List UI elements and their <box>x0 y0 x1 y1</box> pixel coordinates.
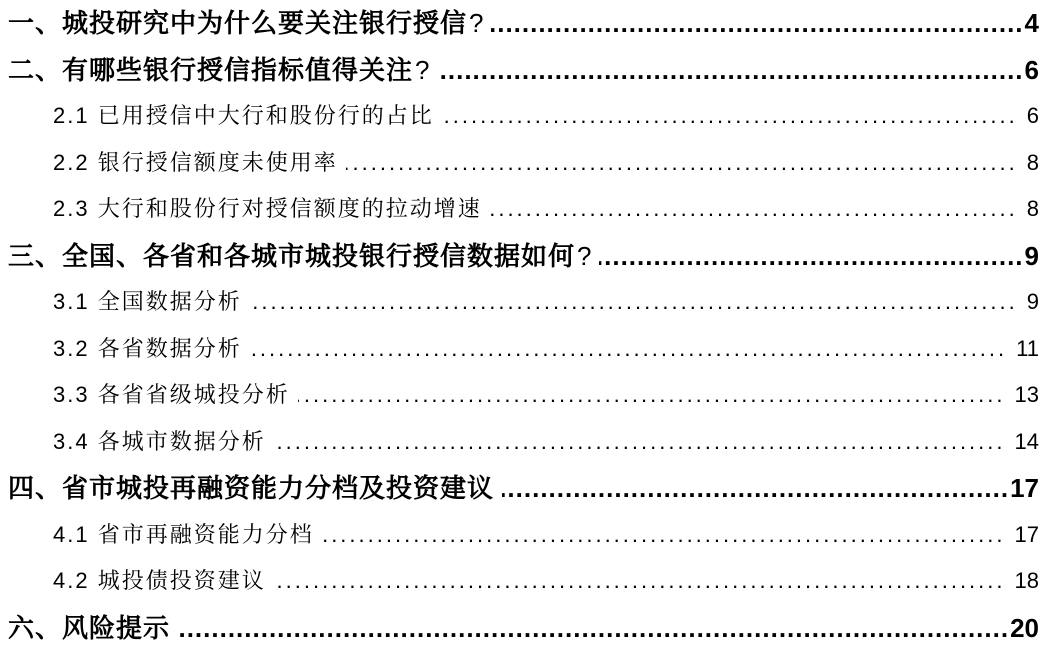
toc-page-number: 11 <box>1016 326 1039 373</box>
toc-dot-leader: ........................................… <box>502 465 1009 512</box>
toc-dot-leader: ........................................… <box>491 0 1023 47</box>
toc-entry-title: 四、省市城投再融资能力分档及投资建议 <box>8 465 494 512</box>
toc-page-number: 13 <box>1015 372 1039 419</box>
toc-page-number: 20 <box>1010 605 1039 652</box>
toc-entry-title: 2.2 银行授信额度未使用率 <box>53 140 338 187</box>
toc-dot-leader: ........................................… <box>298 372 1006 419</box>
toc-dot-leader: ........................................… <box>250 326 1007 373</box>
toc-row-1[interactable]: 一、城投研究中为什么要关注银行授信 ? ....................… <box>8 0 1039 47</box>
toc-row-7[interactable]: 3.1 全国数据分析 .............................… <box>8 279 1039 326</box>
toc-row-8[interactable]: 3.2 各省数据分析 .............................… <box>8 326 1039 373</box>
toc-page-number: 6 <box>1025 47 1039 94</box>
toc-page-number: 9 <box>1025 233 1039 280</box>
toc-row-13[interactable]: 4.2 城投债投资建议 ............................… <box>8 558 1039 605</box>
toc-page-number: 9 <box>1027 279 1039 326</box>
toc-dot-leader: ........................................… <box>250 279 1018 326</box>
toc-dot-leader: ........................................… <box>346 140 1018 187</box>
toc-entry-title: 六、风险提示 <box>8 605 170 652</box>
toc-page-number: 4 <box>1025 0 1039 47</box>
toc-row-9[interactable]: 3.3 各省省级城投分析 ...........................… <box>8 372 1039 419</box>
toc-page-number: 14 <box>1015 419 1039 466</box>
toc-row-11[interactable]: 四、省市城投再融资能力分档及投资建议 .....................… <box>8 465 1039 512</box>
toc-row-12[interactable]: 4.1 省市再融资能力分档 ..........................… <box>8 512 1039 559</box>
toc-row-6[interactable]: 三、全国、各省和各城市城投银行授信数据如何 ? ................… <box>8 233 1039 280</box>
toc-entry-title: 3.3 各省省级城投分析 <box>53 372 290 419</box>
toc-row-5[interactable]: 2.3 大行和股份行对授信额度的拉动增速 ...................… <box>8 186 1039 233</box>
toc-entry-title: 三、全国、各省和各城市城投银行授信数据如何 <box>8 233 575 280</box>
toc-entry-title: 二、有哪些银行授信指标值得关注 <box>8 47 413 94</box>
toc-page-number: 18 <box>1015 558 1039 605</box>
toc-dot-leader: ........................................… <box>274 558 1006 605</box>
toc-dot-leader: ........................................… <box>178 605 1009 652</box>
toc-page-number: 8 <box>1027 186 1039 233</box>
toc-dot-leader: ........................................… <box>490 186 1018 233</box>
toc-page-number: 17 <box>1010 465 1039 512</box>
toc-entry-title: 3.2 各省数据分析 <box>53 326 242 373</box>
toc-entry-question-mark: ? <box>467 0 483 47</box>
toc-dot-leader: ........................................… <box>274 419 1006 466</box>
toc-dot-leader: ........................................… <box>437 47 1023 94</box>
toc-entry-title: 4.2 城投债投资建议 <box>53 558 266 605</box>
toc-entry-question-mark: ? <box>413 47 429 94</box>
toc-dot-leader: ........................................… <box>599 233 1023 280</box>
toc-entry-title: 3.1 全国数据分析 <box>53 279 242 326</box>
toc-row-3[interactable]: 2.1 已用授信中大行和股份行的占比 .....................… <box>8 93 1039 140</box>
toc-page-number: 8 <box>1027 140 1039 187</box>
toc-entry-title: 2.1 已用授信中大行和股份行的占比 <box>53 93 434 140</box>
toc-entry-title: 4.1 省市再融资能力分档 <box>53 512 314 559</box>
toc-entry-title: 一、城投研究中为什么要关注银行授信 <box>8 0 467 47</box>
toc-entry-title: 3.4 各城市数据分析 <box>53 419 266 466</box>
toc-page-number: 17 <box>1015 512 1039 559</box>
table-of-contents: 一、城投研究中为什么要关注银行授信 ? ....................… <box>0 0 1049 653</box>
toc-dot-leader: ........................................… <box>442 93 1018 140</box>
toc-row-14[interactable]: 六、风险提示 .................................… <box>8 605 1039 652</box>
toc-entry-title: 2.3 大行和股份行对授信额度的拉动增速 <box>53 186 482 233</box>
toc-entry-question-mark: ? <box>575 233 591 280</box>
toc-row-2[interactable]: 二、有哪些银行授信指标值得关注 ? ......................… <box>8 47 1039 94</box>
toc-row-10[interactable]: 3.4 各城市数据分析 ............................… <box>8 419 1039 466</box>
toc-row-4[interactable]: 2.2 银行授信额度未使用率 .........................… <box>8 140 1039 187</box>
toc-dot-leader: ........................................… <box>322 512 1006 559</box>
toc-page-number: 6 <box>1027 93 1039 140</box>
